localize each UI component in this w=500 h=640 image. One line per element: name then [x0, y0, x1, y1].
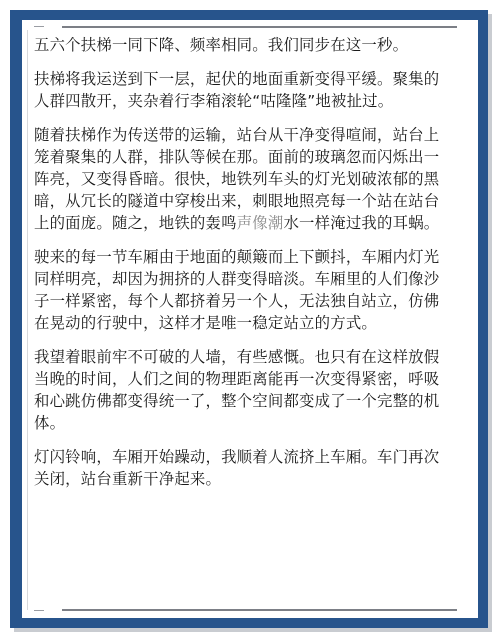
- document-body: 五六个扶梯一同下降、频率相同。我们同步在这一秒。 扶梯将我运送到下一层，起伏的地…: [34, 34, 444, 502]
- paragraph-5: 我望着眼前牢不可破的人墙，有些感慨。也只有在这样放假当晚的时间，人们之间的物理距…: [34, 346, 444, 434]
- left-rule: [27, 30, 28, 610]
- paragraph-3-faded-text: 声像潮: [237, 214, 284, 232]
- top-rule: [62, 26, 457, 28]
- paragraph-1: 五六个扶梯一同下降、频率相同。我们同步在这一秒。: [34, 34, 444, 56]
- bottom-rule: [62, 609, 457, 611]
- bottom-rule-stub: [34, 610, 44, 611]
- top-rule-stub: [34, 26, 44, 27]
- paragraph-6: 灯闪铃响，车厢开始躁动，我顺着人流挤上车厢。车门再次关闭，站台重新干净起来。: [34, 446, 444, 490]
- paragraph-2: 扶梯将我运送到下一层，起伏的地面重新变得平缓。聚集的人群四散开，夹杂着行李箱滚轮…: [34, 68, 444, 112]
- paragraph-3-part-2: 水一样淹过我的耳蜗。: [283, 214, 439, 232]
- paragraph-4: 驶来的每一节车厢由于地面的颠簸而上下颤抖，车厢内灯光同样明亮，却因为拥挤的人群变…: [34, 246, 444, 334]
- paragraph-3: 随着扶梯作为传送带的运输，站台从干净变得喧闹，站台上笼着聚集的人群，排队等候在那…: [34, 124, 444, 234]
